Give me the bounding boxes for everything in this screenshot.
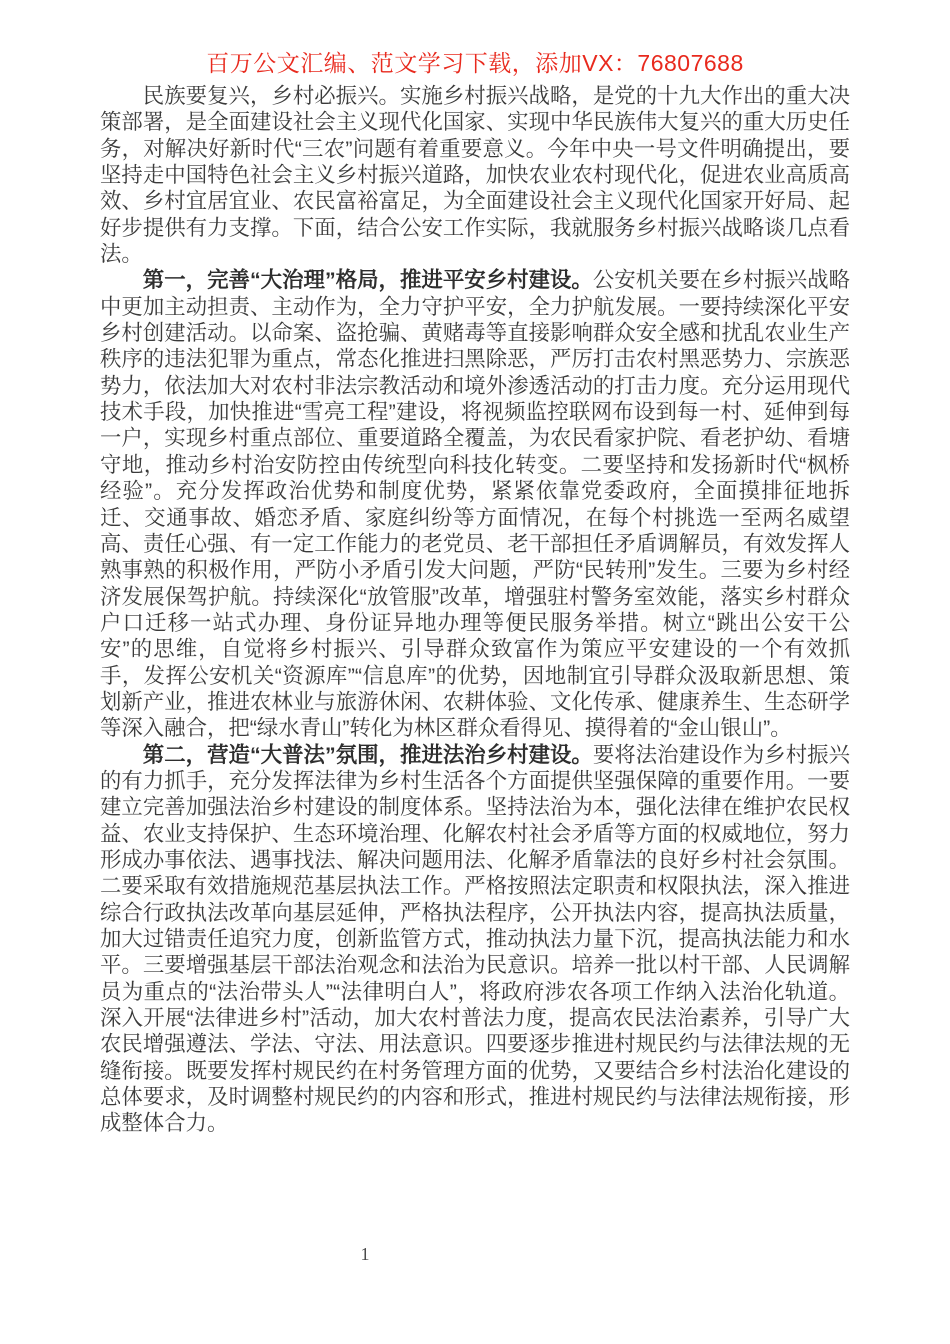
page-number: 1 bbox=[340, 1244, 390, 1265]
paragraph-section-1: 第一，完善“大治理”格局，推进平安乡村建设。公安机关要在乡村振兴战略中更加主动担… bbox=[100, 267, 850, 741]
document-page: 百万公文汇编、范文学习下载，添加VX：76807688 民族要复兴，乡村必振兴。… bbox=[0, 0, 950, 1344]
promo-header-text: 百万公文汇编、范文学习下载，添加VX：76807688 bbox=[0, 45, 950, 78]
paragraph-text: 要将法治建设作为乡村振兴的有力抓手，充分发挥法律为乡村生活各个方面提供坚强保障的… bbox=[100, 743, 850, 1136]
section-1-heading: 第一，完善“大治理”格局，推进平安乡村建设。 bbox=[143, 268, 593, 292]
paragraph-text: 公安机关要在乡村振兴战略中更加主动担责、主动作为，全力守护平安，全力护航发展。一… bbox=[100, 268, 850, 740]
section-2-heading: 第二，营造“大普法”氛围，推进法治乡村建设。 bbox=[143, 743, 593, 767]
paragraph-section-2: 第二，营造“大普法”氛围，推进法治乡村建设。要将法治建设作为乡村振兴的有力抓手，… bbox=[100, 742, 850, 1137]
paragraph-intro: 民族要复兴，乡村必振兴。实施乡村振兴战略，是党的十九大作出的重大决策部署，是全面… bbox=[100, 83, 850, 267]
paragraph-text: 民族要复兴，乡村必振兴。实施乡村振兴战略，是党的十九大作出的重大决策部署，是全面… bbox=[100, 84, 850, 266]
document-body: 民族要复兴，乡村必振兴。实施乡村振兴战略，是党的十九大作出的重大决策部署，是全面… bbox=[100, 83, 850, 1137]
